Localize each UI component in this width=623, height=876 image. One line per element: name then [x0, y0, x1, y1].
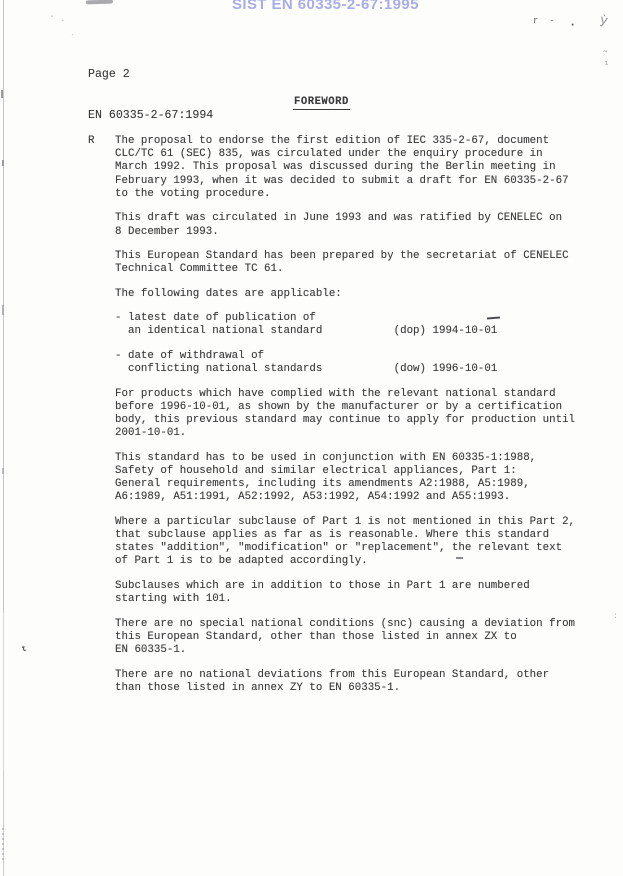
scan-mark-top-right: ·: [569, 18, 576, 32]
section-title: FOREWORD: [293, 96, 350, 110]
scan-mark-left-margin: t: [21, 645, 28, 655]
paragraph-proposal: The proposal to endorse the first editio…: [115, 135, 615, 201]
scan-edge-tick: [2, 305, 4, 315]
scan-speck: ·: [49, 12, 55, 23]
scan-edge-tick: [2, 828, 4, 862]
paragraph-dates-intro: The following dates are applicable:: [115, 288, 615, 301]
revision-marker: R: [88, 135, 95, 147]
paragraph-snc: There are no special national conditions…: [115, 618, 615, 658]
paragraph-prepared-by: This European Standard has been prepared…: [115, 250, 615, 276]
scan-mark-top-right: ¹: [604, 60, 609, 70]
paragraph-national-deviations: There are no national deviations from th…: [115, 669, 615, 695]
scan-speck: ˙: [56, 19, 65, 31]
paragraph-products-complied: For products which have complied with th…: [115, 388, 615, 441]
scan-edge-tick: [2, 468, 4, 474]
watermark-header: SIST EN 60335-2-67:1995: [232, 0, 419, 13]
list-item-dop: - latest date of publication of an ident…: [115, 312, 615, 338]
paragraph-numbering: Subclauses which are in addition to thos…: [115, 580, 615, 606]
scanned-document-page: · ˙ ˏ r - · ỳ ˜ ¹ : t SIST EN 60335-2-67…: [0, 0, 623, 876]
paragraph-subclause-rules: Where a particular subclause of Part 1 i…: [115, 516, 615, 569]
scan-edge-tick: [1, 90, 3, 98]
scan-edge-line: [3, 0, 4, 876]
scan-speck: ˏ: [70, 28, 75, 37]
paragraph-draft-ratified: This draft was circulated in June 1993 a…: [115, 212, 615, 238]
paragraph-conjunction: This standard has to be used in conjunct…: [115, 452, 615, 505]
document-body: The proposal to endorse the first editio…: [115, 135, 615, 706]
scan-edge-tick: [2, 160, 4, 166]
page-header: Page 2 EN 60335-2-67:1994: [88, 41, 213, 149]
list-item-dow: - date of withdrawal of conflicting nati…: [115, 350, 615, 376]
scan-mark-top-right: r -: [533, 16, 555, 26]
scan-smudge-bar: [86, 0, 113, 4]
scan-mark-top-right: ỳ: [599, 12, 610, 28]
page-number: Page 2: [88, 68, 213, 82]
document-reference: EN 60335-2-67:1994: [88, 109, 213, 123]
